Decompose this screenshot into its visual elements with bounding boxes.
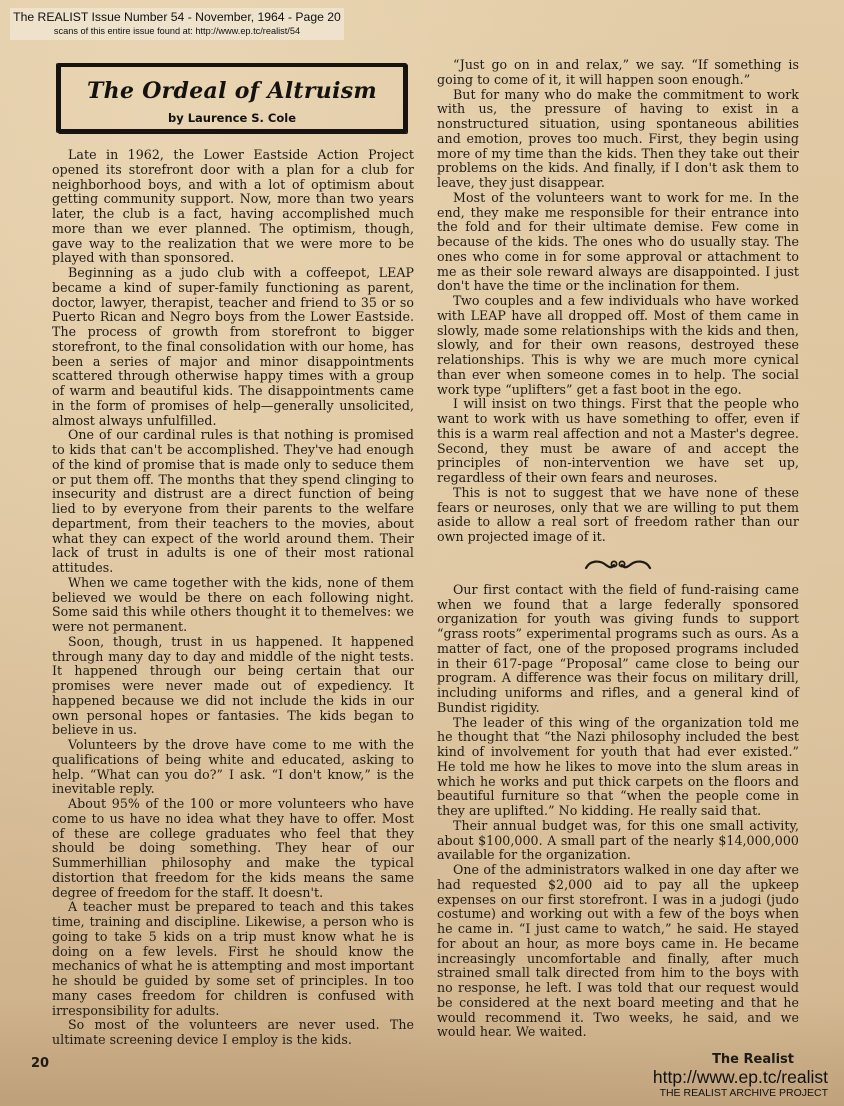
scan-info-banner: The REALIST Issue Number 54 - November, … <box>10 8 344 40</box>
paragraph: So most of the volunteers are never used… <box>52 1018 414 1048</box>
paragraph: Most of the volunteers want to work for … <box>437 191 799 294</box>
archive-url-link[interactable]: http://www.ep.tc/realist <box>653 1067 828 1087</box>
left-column: Late in 1962, the Lower Eastside Action … <box>52 148 414 1048</box>
decorative-scroll-icon <box>582 557 654 573</box>
paragraph: “Just go on in and relax,” we say. “If s… <box>437 58 799 88</box>
paragraph: Our first contact with the field of fund… <box>437 583 799 716</box>
scan-source-link[interactable]: scans of this entire issue found at: htt… <box>10 25 344 37</box>
paragraph: Volunteers by the drove have come to me … <box>52 738 414 797</box>
article-title-box: The Ordeal of Altruism by Laurence S. Co… <box>57 63 407 133</box>
paragraph: I will insist on two things. First that … <box>437 397 799 486</box>
paragraph: A teacher must be prepared to teach and … <box>52 900 414 1018</box>
paragraph: About 95% of the 100 or more volunteers … <box>52 797 414 900</box>
paragraph: The leader of this wing of the organizat… <box>437 716 799 819</box>
paragraph: Two couples and a few individuals who ha… <box>437 294 799 397</box>
article-title: The Ordeal of Altruism <box>61 78 403 104</box>
paragraph: One of the administrators walked in one … <box>437 863 799 1040</box>
right-column: “Just go on in and relax,” we say. “If s… <box>437 58 799 1040</box>
paragraph: When we came together with the kids, non… <box>52 576 414 635</box>
section-divider <box>437 557 799 577</box>
paragraph: This is not to suggest that we have none… <box>437 486 799 545</box>
paragraph: One of our cardinal rules is that nothin… <box>52 428 414 576</box>
paragraph: But for many who do make the commitment … <box>437 88 799 191</box>
archive-project-label: THE REALIST ARCHIVE PROJECT <box>653 1087 828 1100</box>
paragraph: Their annual budget was, for this one sm… <box>437 819 799 863</box>
archive-credit: http://www.ep.tc/realist THE REALIST ARC… <box>653 1067 828 1100</box>
article-byline: by Laurence S. Cole <box>61 111 403 125</box>
magazine-masthead: The Realist <box>712 1052 794 1067</box>
issue-info: The REALIST Issue Number 54 - November, … <box>10 8 344 25</box>
paragraph: Soon, though, trust in us happened. It h… <box>52 635 414 738</box>
paragraph: Beginning as a judo club with a coffeepo… <box>52 266 414 428</box>
page-number: 20 <box>31 1056 49 1071</box>
paragraph: Late in 1962, the Lower Eastside Action … <box>52 148 414 266</box>
